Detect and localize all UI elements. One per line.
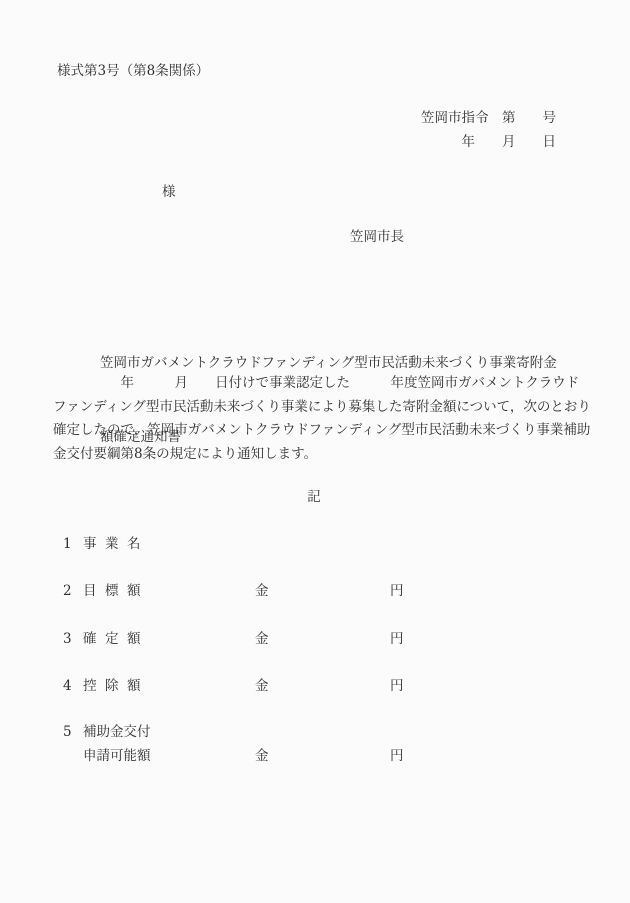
record-marker: 記: [53, 491, 575, 505]
item-number: 5: [63, 726, 72, 740]
amount-prefix: 金: [255, 750, 269, 764]
item-row-5: 5 補助金交付: [0, 726, 630, 742]
form-number: 様式第3号（第8条関係）: [57, 65, 209, 79]
amount-prefix: 金: [255, 633, 269, 647]
item-number: 1: [63, 538, 72, 552]
item-number: 2: [63, 585, 72, 599]
body-line-1: 年 月 日付けで事業認定した 年度笠岡市ガバメントクラウド: [53, 377, 579, 391]
item-row-4: 4 控除額 金 円: [0, 680, 630, 696]
body-line-4: 金交付要綱第8条の規定により通知します。: [53, 448, 317, 462]
item-label: 申請可能額: [83, 750, 151, 764]
item-row-3: 3 確定額 金 円: [0, 633, 630, 649]
amount-suffix: 円: [390, 750, 404, 764]
item-number: 4: [63, 680, 72, 694]
item-row-1: 1 事業名: [0, 538, 630, 554]
document-page: 様式第3号（第8条関係） 笠岡市指令 第 号 年 月 日 様 笠岡市長 笠岡市ガ…: [0, 0, 630, 903]
amount-suffix: 円: [390, 680, 404, 694]
amount-prefix: 金: [255, 680, 269, 694]
item-label: 補助金交付: [83, 726, 151, 740]
sender-name: 笠岡市長: [350, 231, 404, 245]
directive-number-line: 笠岡市指令 第 号: [0, 112, 556, 126]
amount-prefix: 金: [255, 585, 269, 599]
body-line-3: 確定したので，笠岡市ガバメントクラウドファンディング型市民活動未来づくり事業補助: [53, 424, 590, 438]
item-label: 控除額: [83, 680, 149, 694]
item-label: 事業名: [83, 538, 149, 552]
title-line-1: 笠岡市ガバメントクラウドファンディング型市民活動未来づくり事業寄附金: [100, 351, 570, 376]
directive-date-line: 年 月 日: [0, 136, 556, 150]
item-number: 3: [63, 633, 72, 647]
amount-suffix: 円: [390, 585, 404, 599]
addressee-honorific: 様: [162, 186, 176, 200]
body-line-2: ファンディング型市民活動未来づくり事業により募集した寄附金額について，次のとおり: [53, 401, 591, 415]
item-row-2: 2 目標額 金 円: [0, 585, 630, 601]
item-label: 目標額: [83, 585, 149, 599]
amount-suffix: 円: [390, 633, 404, 647]
item-row-5-line-2: 申請可能額 金 円: [0, 750, 630, 766]
item-label: 確定額: [83, 633, 149, 647]
